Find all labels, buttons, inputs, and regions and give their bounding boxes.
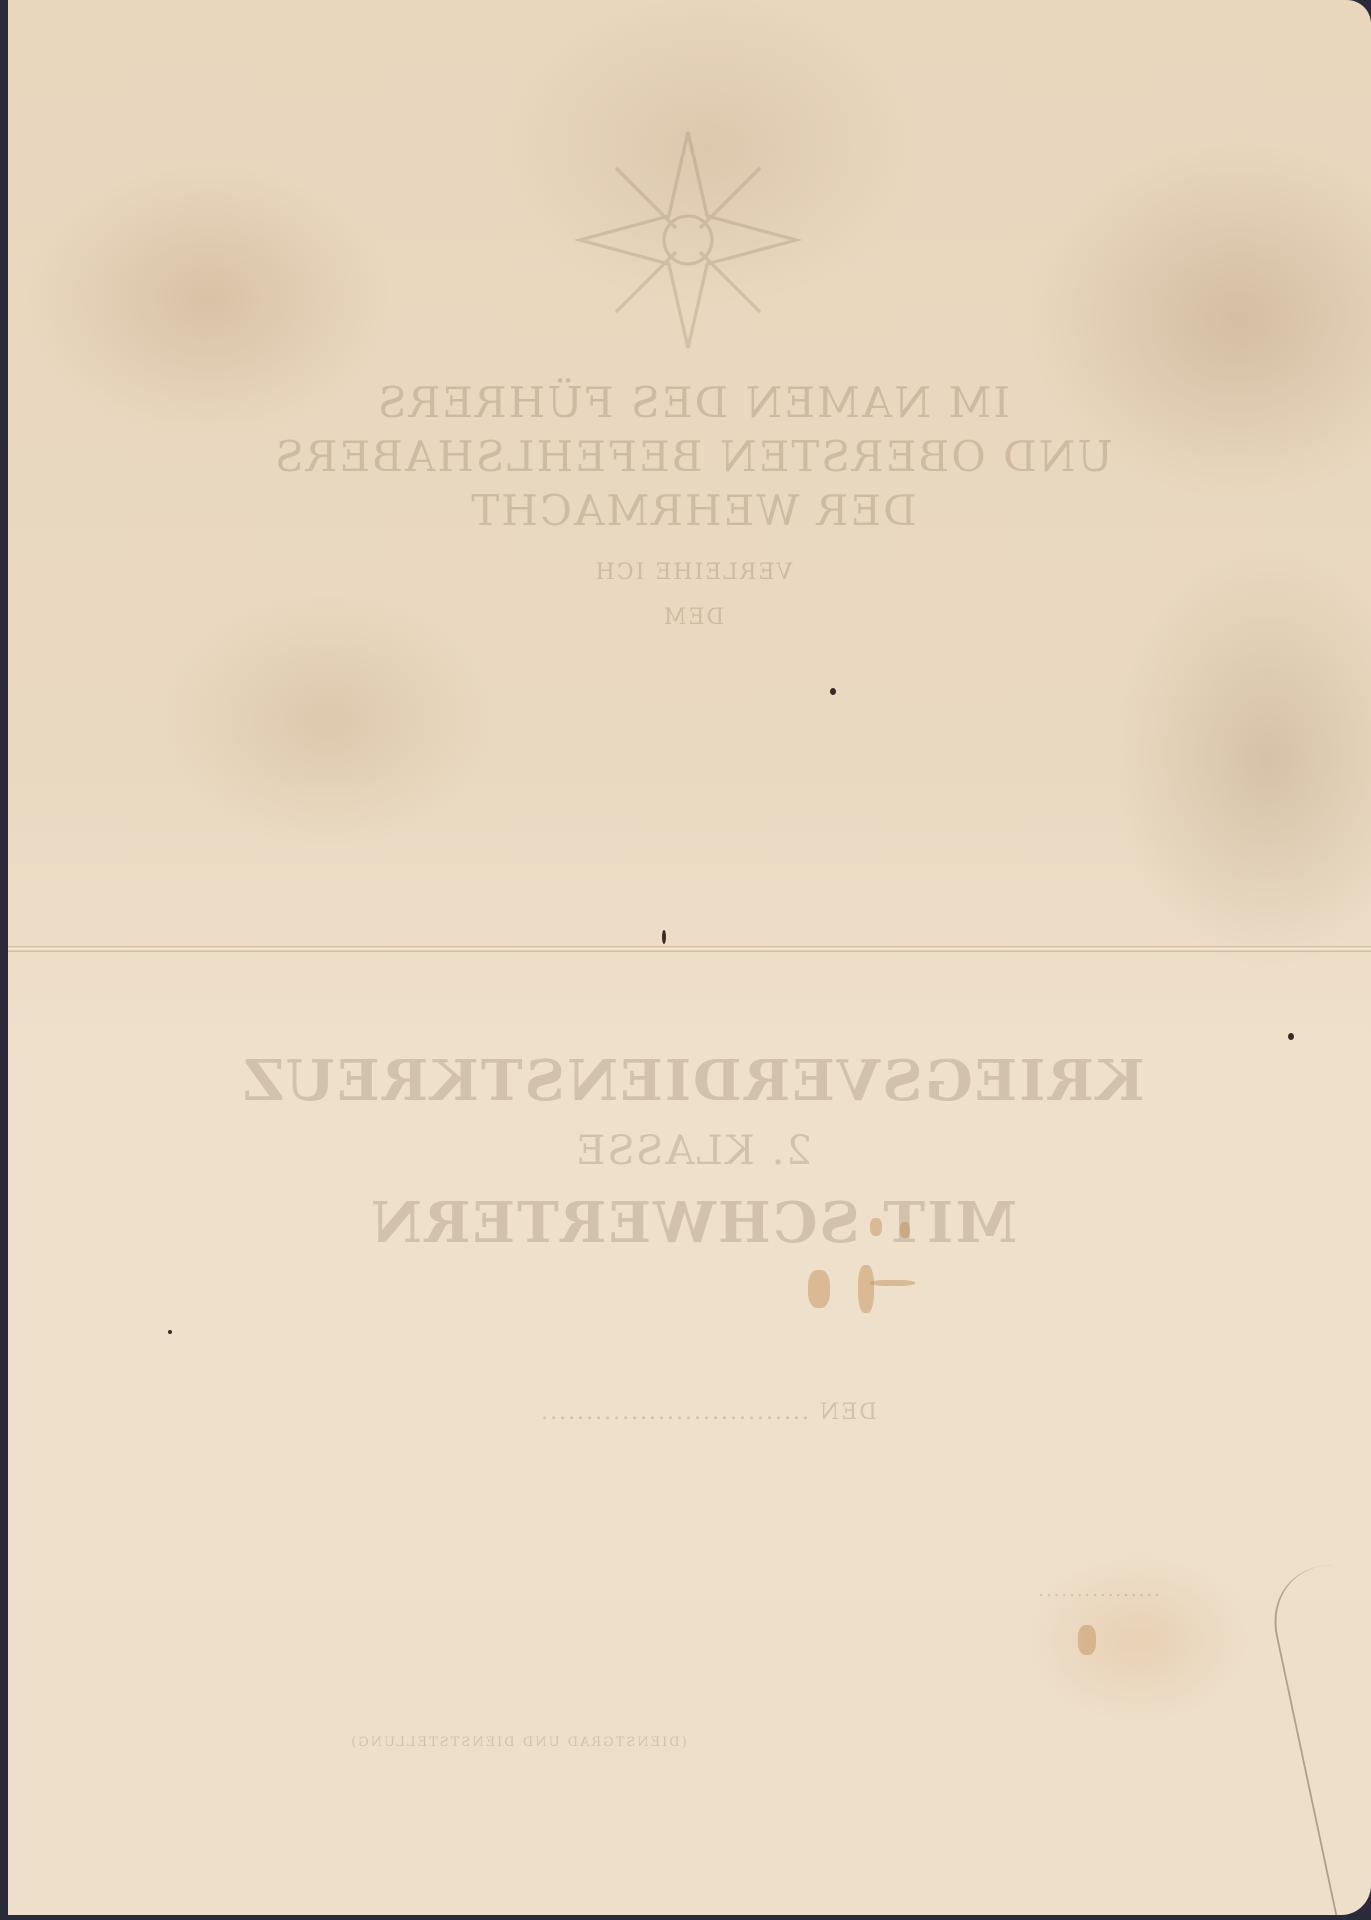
mirrored-award-class: 2. KLASSE [138, 1128, 1248, 1174]
ink-stain [858, 1265, 874, 1313]
mirrored-award-swords: MIT SCHWERTERN [138, 1190, 1248, 1256]
mirrored-line-2: UND OBERSTEN BEFEHLSHABERS [258, 432, 1128, 481]
mirrored-line-1: IM NAMEN DES FÜHRERS [258, 378, 1128, 427]
ink-stain [870, 1218, 882, 1236]
ink-dot [168, 1330, 172, 1334]
mirrored-line-4: VERLEIHE ICH [258, 560, 1128, 585]
mirrored-award-title: KRIEGSVERDIENSTKREUZ [138, 1048, 1248, 1114]
ink-stain [900, 1222, 910, 1238]
mirrored-line-3: DER WEHRMACHT [258, 486, 1128, 535]
mirrored-signature-line: ................ [1018, 1580, 1178, 1601]
fold-line [8, 946, 1371, 952]
ink-dot [830, 688, 836, 695]
mirrored-date-line: DEN .............................. [508, 1400, 908, 1425]
corner-crease [1261, 1565, 1371, 1915]
ink-dot [662, 930, 666, 944]
ink-stain [870, 1280, 915, 1286]
certificate-sheet: IM NAMEN DES FÜHRERS UND OBERSTEN BEFEHL… [8, 0, 1371, 1915]
mirrored-footer-caption: (DIENSTGRAD UND DIENSTSTELLUNG) [168, 1735, 868, 1750]
cross-emblem-icon [568, 120, 808, 360]
ink-stain [1078, 1625, 1096, 1655]
ink-stain [808, 1270, 830, 1308]
mirrored-line-5: DEM [258, 605, 1128, 630]
ink-dot [1288, 1033, 1294, 1040]
